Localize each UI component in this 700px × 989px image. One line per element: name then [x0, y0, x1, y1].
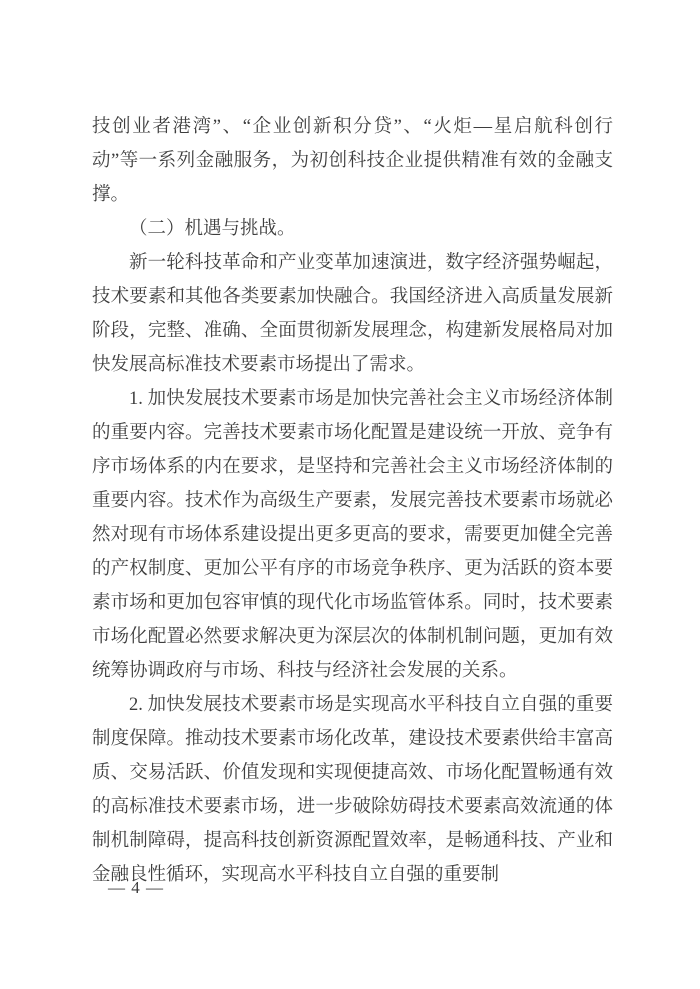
section-heading: （二）机遇与挑战。 — [92, 212, 613, 246]
paragraph-item-1: 1. 加快发展技术要素市场是加快完善社会主义市场经济体制的重要内容。完善技术要素… — [92, 382, 613, 688]
page-number: — 4 — — [108, 876, 164, 900]
paragraph-opportunities: 新一轮科技革命和产业变革加速演进，数字经济强势崛起，技术要素和其他各类要素加快融… — [92, 246, 613, 382]
paragraph-continuation: 技创业者港湾”、“企业创新积分贷”、“火炬—星启航科创行动”等一系列金融服务，为… — [92, 110, 613, 212]
paragraph-item-2: 2. 加快发展技术要素市场是实现高水平科技自立自强的重要制度保障。推动技术要素市… — [92, 688, 613, 892]
document-page: 技创业者港湾”、“企业创新积分贷”、“火炬—星启航科创行动”等一系列金融服务，为… — [0, 0, 700, 989]
document-body: 技创业者港湾”、“企业创新积分贷”、“火炬—星启航科创行动”等一系列金融服务，为… — [92, 110, 613, 892]
